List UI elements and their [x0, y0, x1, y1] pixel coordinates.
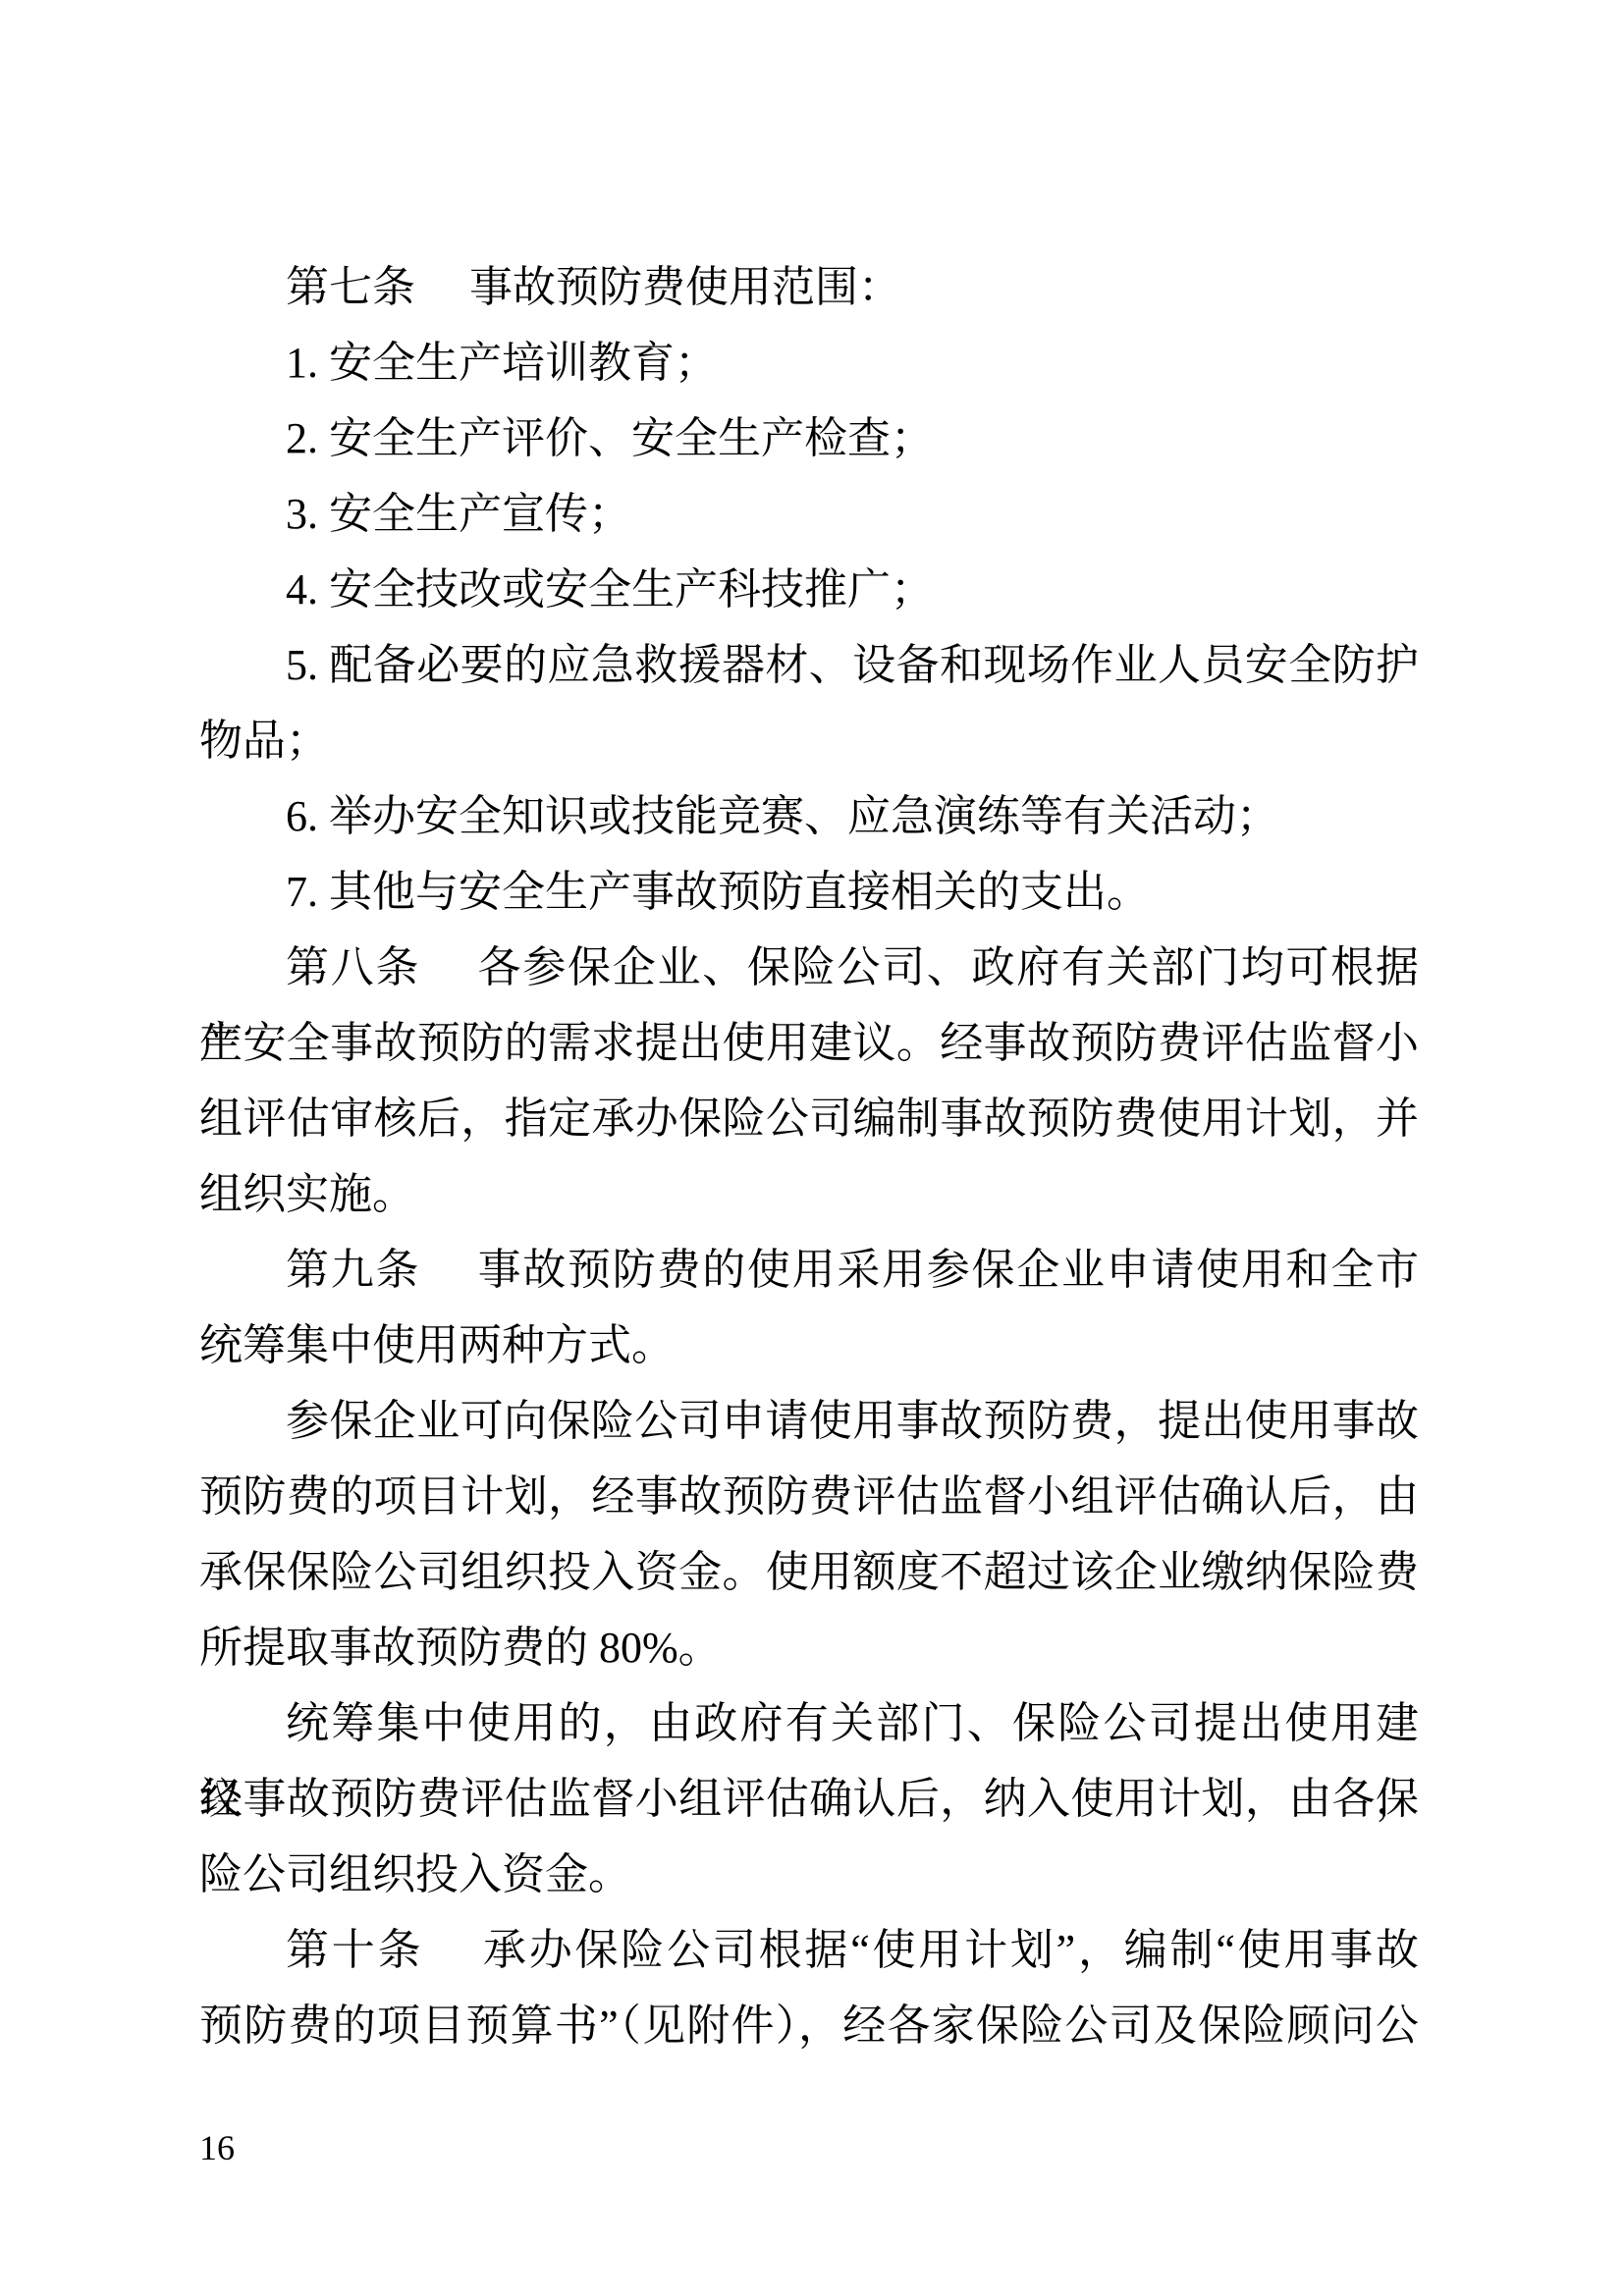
body-line: 组评估审核后，指定承办保险公司编制事故预防费使用计划，并 [199, 1081, 1419, 1156]
body-line: 承保保险公司组织投入资金。使用额度不超过该企业缴纳保险费 [199, 1534, 1419, 1610]
list-item-line: 3. 安全生产宣传； [199, 476, 1419, 552]
body-line: 参保企业可向保险公司申请使用事故预防费，提出使用事故 [199, 1383, 1419, 1459]
document-body: 第七条 事故预防费使用范围： 1. 安全生产培训教育； 2. 安全生产评价、安全… [199, 249, 1419, 2063]
list-item-line: 6. 举办安全知识或技能竞赛、应急演练等有关活动； [199, 778, 1419, 854]
list-item-line: 4. 安全技改或安全生产科技推广； [199, 552, 1419, 627]
document-page: 第七条 事故预防费使用范围： 1. 安全生产培训教育； 2. 安全生产评价、安全… [0, 0, 1624, 2296]
article-heading-line: 第七条 事故预防费使用范围： [199, 249, 1419, 325]
body-line: 统筹集中使用两种方式。 [199, 1308, 1419, 1383]
body-line: 组织实施。 [199, 1156, 1419, 1232]
article-heading-line: 第八条 各参保企业、保险公司、政府有关部门均可根据生 [199, 930, 1419, 1005]
list-item-line: 7. 其他与安全生产事故预防直接相关的支出。 [199, 854, 1419, 930]
body-line: 所提取事故预防费的 80%。 [199, 1610, 1419, 1685]
body-line: 统筹集中使用的，由政府有关部门、保险公司提出使用建议， [199, 1685, 1419, 1761]
body-line: 产安全事故预防的需求提出使用建议。经事故预防费评估监督小 [199, 1005, 1419, 1081]
body-line: 预防费的项目计划，经事故预防费评估监督小组评估确认后，由 [199, 1459, 1419, 1534]
list-item-line: 2. 安全生产评价、安全生产检查； [199, 400, 1419, 476]
body-line: 物品； [199, 703, 1419, 778]
body-line: 险公司组织投入资金。 [199, 1837, 1419, 1912]
list-item-line: 5. 配备必要的应急救援器材、设备和现场作业人员安全防护 [199, 627, 1419, 703]
body-line: 预防费的项目预算书”（见附件），经各家保险公司及保险顾问公 [199, 1988, 1419, 2063]
article-heading-line: 第九条 事故预防费的使用采用参保企业申请使用和全市 [199, 1232, 1419, 1308]
list-item-line: 1. 安全生产培训教育； [199, 325, 1419, 400]
page-number: 16 [199, 2110, 235, 2186]
body-line: 经事故预防费评估监督小组评估确认后，纳入使用计划，由各保 [199, 1761, 1419, 1837]
article-heading-line: 第十条 承办保险公司根据“使用计划”，编制“使用事故 [199, 1912, 1419, 1988]
